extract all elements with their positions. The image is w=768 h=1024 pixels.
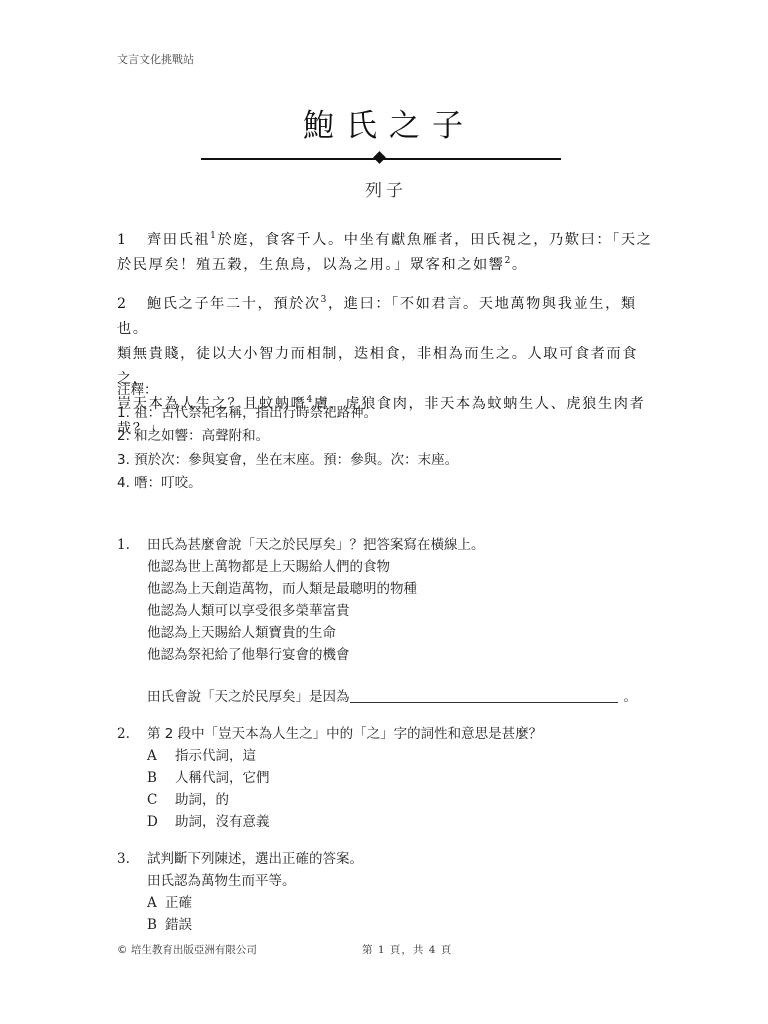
copyright-notice: © 培生教育出版亞洲有限公司 [117, 942, 257, 957]
option-letter: C [147, 789, 175, 811]
option-letter: B [147, 914, 165, 936]
answer-blank-input[interactable] [350, 688, 618, 703]
option-c[interactable]: C助詞，的 [117, 789, 677, 811]
question-statement: 田氏認為萬物生而平等。 [117, 870, 677, 892]
option-b[interactable]: B人稱代詞，它們 [117, 767, 677, 789]
choice-item: 他認為世上萬物都是上天賜給人們的食物 [117, 556, 677, 578]
page-title: 鮑氏之子 [0, 100, 768, 145]
answer-suffix: 。 [624, 689, 638, 705]
question-1-prompt-row: 1. 田氏為甚麼會說「天之於民厚矣」？把答案寫在橫線上。 [117, 534, 677, 556]
question-3-prompt-row: 3. 試判斷下列陳述，選出正確的答案。 [117, 848, 677, 870]
paragraph-2-line-1: 2鮑氏之子年二十，預於次3，進曰：「不如君言。天地萬物與我並生，類也。 [117, 292, 662, 342]
text-segment: 。 [512, 257, 528, 273]
choice-item: 他認為祭祀給了他舉行宴會的機會 [117, 644, 677, 666]
notes-section: 注釋： 1. 祖：古代祭祀名稱，指出行時祭祀路神。 2. 和之如響：高聲附和。 … [117, 379, 458, 495]
option-text: 指示代詞，這 [175, 748, 256, 764]
option-text: 人稱代詞，它們 [175, 770, 270, 786]
paragraph-number: 2 [117, 292, 147, 317]
author-name: 列子 [0, 176, 768, 201]
question-number: 1. [117, 534, 147, 556]
text-segment: 鮑氏之子年二十，預於次 [147, 296, 321, 312]
site-label: 文言文化挑戰站 [117, 51, 194, 67]
footnote-marker: 3 [321, 295, 328, 305]
paragraph-1-line-1: 1齊田氏祖1於庭，食客千人。中坐有獻魚雁者，田氏視之，乃歎曰：「天之 [117, 228, 662, 253]
option-letter: D [147, 811, 175, 833]
choice-item: 他認為人類可以享受很多榮華富貴 [117, 600, 677, 622]
question-prompt: 田氏為甚麼會說「天之於民厚矣」？把答案寫在橫線上。 [147, 534, 485, 556]
notes-heading: 注釋： [117, 379, 458, 402]
option-d[interactable]: D助詞，沒有意義 [117, 811, 677, 833]
paragraph-number: 1 [117, 228, 147, 253]
option-text: 錯誤 [165, 917, 192, 933]
question-number: 2. [117, 723, 147, 745]
option-letter: A [147, 745, 175, 767]
diamond-ornament-icon [373, 151, 386, 164]
text-segment: 於民厚矣！殖五穀，生魚鳥，以為之用。」眾客和之如響 [117, 257, 505, 273]
text-segment: 於庭，食客千人。中坐有獻魚雁者，田氏視之，乃歎曰：「天之 [217, 232, 652, 248]
question-2: 2. 第 2 段中「豈天本為人生之」中的「之」字的詞性和意思是甚麼？ A指示代詞… [117, 723, 677, 833]
note-item: 2. 和之如響：高聲附和。 [117, 425, 458, 448]
page-number: 第 1 頁，共 4 頁 [362, 942, 452, 957]
question-2-prompt-row: 2. 第 2 段中「豈天本為人生之」中的「之」字的詞性和意思是甚麼？ [117, 723, 677, 745]
paragraph-1-line-2: 於民厚矣！殖五穀，生魚鳥，以為之用。」眾客和之如響2。 [117, 253, 662, 278]
note-item: 4. 噆：叮咬。 [117, 472, 458, 495]
option-a[interactable]: A指示代詞，這 [117, 745, 677, 767]
footnote-marker: 2 [505, 256, 512, 266]
passage-paragraph-1: 1齊田氏祖1於庭，食客千人。中坐有獻魚雁者，田氏視之，乃歎曰：「天之 於民厚矣！… [117, 228, 662, 278]
answer-line-row: 田氏會說「天之於民厚矣」是因為。 [117, 686, 677, 708]
option-letter: A [147, 892, 165, 914]
note-item: 3. 預於次：參與宴會，坐在末座。預：參與。次：末座。 [117, 449, 458, 472]
question-3: 3. 試判斷下列陳述，選出正確的答案。 田氏認為萬物生而平等。 A正確 B錯誤 [117, 848, 677, 936]
question-number: 3. [117, 848, 147, 870]
question-1: 1. 田氏為甚麼會說「天之於民厚矣」？把答案寫在橫線上。 他認為世上萬物都是上天… [117, 534, 677, 708]
option-letter: B [147, 767, 175, 789]
option-text: 助詞，的 [175, 792, 229, 808]
option-b[interactable]: B錯誤 [117, 914, 677, 936]
choice-item: 他認為上天賜給人類寶貴的生命 [117, 622, 677, 644]
question-prompt: 第 2 段中「豈天本為人生之」中的「之」字的詞性和意思是甚麼？ [147, 723, 542, 745]
choice-item: 他認為上天創造萬物，而人類是最聰明的物種 [117, 578, 677, 600]
option-a[interactable]: A正確 [117, 892, 677, 914]
answer-prefix: 田氏會說「天之於民厚矣」是因為 [147, 689, 350, 705]
note-item: 1. 祖：古代祭祀名稱，指出行時祭祀路神。 [117, 402, 458, 425]
question-prompt: 試判斷下列陳述，選出正確的答案。 [147, 848, 363, 870]
option-text: 正確 [165, 895, 192, 911]
text-segment: 齊田氏祖 [147, 232, 210, 248]
option-text: 助詞，沒有意義 [175, 814, 270, 830]
